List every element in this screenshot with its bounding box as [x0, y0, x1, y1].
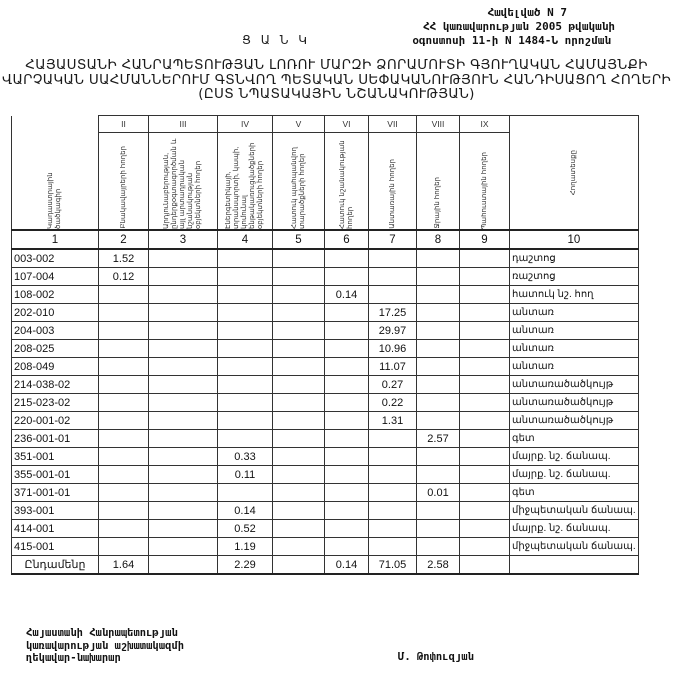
area-value: [460, 520, 510, 538]
total-value: 0.14: [325, 556, 369, 575]
column-header-cell: Հատուկ պահպանվող տարածքների հողեր: [273, 133, 325, 231]
area-value: [417, 448, 460, 466]
area-value: [218, 340, 273, 358]
roman-numeral-cell: VIII: [417, 116, 460, 133]
area-value: 0.27: [369, 376, 417, 394]
land-use-type: գետ: [510, 484, 639, 502]
area-value: [325, 322, 369, 340]
area-value: [99, 448, 149, 466]
area-value: [99, 430, 149, 448]
roman-numeral-cell: IX: [460, 116, 510, 133]
area-value: [460, 448, 510, 466]
area-value: [149, 448, 218, 466]
area-value: [218, 376, 273, 394]
column-number-row: 12345678910: [12, 230, 639, 249]
column-number-cell: 5: [273, 230, 325, 249]
column-header-label: Արդյունաբերության, ընդերքօգտագործման և ա…: [163, 135, 203, 229]
title-line-1: ՀԱՅԱՍՏԱՆԻ ՀԱՆՐԱՊԵՏՈՒԹՅԱՆ ԼՈՌՈՒ ՄԱՐԶԻ ՁՈՐ…: [0, 58, 673, 73]
area-value: [218, 249, 273, 268]
signature-line-1: Հայաստանի Հանրապետության: [26, 627, 184, 640]
area-value: [218, 412, 273, 430]
annex-decree-line: ՀՀ կառավարության 2005 թվականի: [412, 20, 615, 34]
area-value: [273, 249, 325, 268]
column-header-cell: Էներգետիկայի, տրանսպորտի, կապի, կոմունալ…: [218, 133, 273, 231]
area-value: [273, 376, 325, 394]
area-value: [417, 322, 460, 340]
land-use-type: անտառ: [510, 358, 639, 376]
area-value: [325, 484, 369, 502]
area-value: 0.12: [99, 268, 149, 286]
area-value: 0.52: [218, 520, 273, 538]
area-value: [417, 304, 460, 322]
area-value: [149, 520, 218, 538]
annex-decree-date: օգոստոսի 11-ի N 1484-Ն որոշման: [412, 34, 615, 48]
area-value: [325, 412, 369, 430]
area-value: [369, 484, 417, 502]
total-value: 1.64: [99, 556, 149, 575]
land-table: Կադաստրային ծածկագիրIIIIIIVVVIVIIVIIIIXՀ…: [11, 115, 639, 575]
cadastral-code: 414-001: [12, 520, 99, 538]
column-header-label: Հատուկ նշանակության հողեր: [339, 135, 355, 229]
area-value: [99, 304, 149, 322]
title-line-3: (ԸՍՏ ՆՊԱՏԱԿԱՅԻՆ ՆՇԱՆԱԿՈՒԹՅԱՆ): [0, 87, 673, 102]
area-value: 1.52: [99, 249, 149, 268]
area-value: [99, 502, 149, 520]
table-row: 003-0021.52դաշտոց: [12, 249, 639, 268]
cadastral-code: 220-001-02: [12, 412, 99, 430]
cadastral-code: 214-038-02: [12, 376, 99, 394]
area-value: [273, 268, 325, 286]
cadastral-code: 236-001-01: [12, 430, 99, 448]
area-value: [99, 376, 149, 394]
area-value: [273, 322, 325, 340]
roman-numeral-cell: II: [99, 116, 149, 133]
roman-numeral-cell: III: [149, 116, 218, 133]
area-value: [273, 358, 325, 376]
area-value: 11.07: [369, 358, 417, 376]
area-value: [460, 412, 510, 430]
area-value: [273, 538, 325, 556]
total-value: [273, 556, 325, 575]
area-value: [417, 340, 460, 358]
signature-line-2: կառավարության աշխատակազմի: [26, 640, 184, 653]
area-value: [273, 340, 325, 358]
area-value: [273, 502, 325, 520]
area-value: [218, 394, 273, 412]
land-use-type: ռաշտոց: [510, 268, 639, 286]
area-value: [99, 286, 149, 304]
area-value: [460, 268, 510, 286]
area-value: [149, 466, 218, 484]
area-value: [460, 430, 510, 448]
area-value: 0.01: [417, 484, 460, 502]
area-value: [273, 484, 325, 502]
cadastral-code: 355-001-01: [12, 466, 99, 484]
area-value: [325, 430, 369, 448]
column-header-cell: Բնակավայրերի հողեր: [99, 133, 149, 231]
total-land-use: [510, 556, 639, 575]
column-number-cell: 1: [12, 230, 99, 249]
area-value: [325, 520, 369, 538]
table-row: 355-001-010.11մայրք. նշ. ճանապ.: [12, 466, 639, 484]
table-row: 202-01017.25անտառ: [12, 304, 639, 322]
area-value: [149, 430, 218, 448]
area-value: 2.57: [417, 430, 460, 448]
table-row: 371-001-010.01գետ: [12, 484, 639, 502]
area-value: [149, 502, 218, 520]
land-use-type: գետ: [510, 430, 639, 448]
area-value: [417, 394, 460, 412]
area-value: [369, 249, 417, 268]
area-value: [218, 484, 273, 502]
table-row: 220-001-021.31անտառածածկույթ: [12, 412, 639, 430]
area-value: [325, 358, 369, 376]
area-value: [460, 322, 510, 340]
roman-numeral-cell: VII: [369, 116, 417, 133]
area-value: [460, 286, 510, 304]
total-value: [460, 556, 510, 575]
area-value: [369, 466, 417, 484]
land-use-type: մայրք. նշ. ճանապ.: [510, 466, 639, 484]
area-value: [369, 430, 417, 448]
area-value: [325, 376, 369, 394]
area-value: [325, 340, 369, 358]
cadastral-code: 371-001-01: [12, 484, 99, 502]
area-value: [149, 412, 218, 430]
land-use-type: դաշտոց: [510, 249, 639, 268]
total-value: 2.58: [417, 556, 460, 575]
area-value: [417, 520, 460, 538]
area-value: [149, 322, 218, 340]
area-value: [218, 268, 273, 286]
area-value: [417, 466, 460, 484]
area-value: [460, 358, 510, 376]
land-use-type: մայրք. նշ. ճանապ.: [510, 520, 639, 538]
area-value: [149, 304, 218, 322]
table-row: 414-0010.52մայրք. նշ. ճանապ.: [12, 520, 639, 538]
area-value: [325, 448, 369, 466]
column-header-cell: Ջրային հողեր: [417, 133, 460, 231]
title-line-2: ՎԱՐՉԱԿԱՆ ՍԱՀՄԱՆՆԵՐՈՒՄ ԳՏՆՎՈՂ ՊԵՏԱԿԱՆ ՍԵՓ…: [0, 73, 673, 88]
total-value: [149, 556, 218, 575]
column-header-label: Հատուկ պահպանվող տարածքների հողեր: [291, 135, 307, 229]
cadastral-code: 108-002: [12, 286, 99, 304]
area-value: [99, 358, 149, 376]
roman-numeral-row: Կադաստրային ծածկագիրIIIIIIVVVIVIIVIIIIXՀ…: [12, 116, 639, 133]
area-value: [149, 249, 218, 268]
land-use-type: հատուկ նշ. հող: [510, 286, 639, 304]
column-number-cell: 2: [99, 230, 149, 249]
signature-block: Հայաստանի Հանրապետության կառավարության ա…: [26, 627, 184, 665]
area-value: [460, 502, 510, 520]
annex-reference: Հավելված N 7 ՀՀ կառավարության 2005 թվակա…: [412, 6, 615, 48]
land-use-type: միջպետական ճանապ.: [510, 502, 639, 520]
area-value: [460, 538, 510, 556]
area-value: 17.25: [369, 304, 417, 322]
land-use-type: անտառածածկույթ: [510, 394, 639, 412]
cadastral-code: 208-049: [12, 358, 99, 376]
area-value: [149, 394, 218, 412]
area-value: [273, 448, 325, 466]
area-value: [417, 538, 460, 556]
table-row: 208-02510.96անտառ: [12, 340, 639, 358]
area-value: 0.14: [325, 286, 369, 304]
cadastral-code: 393-001: [12, 502, 99, 520]
cadastral-code: 107-004: [12, 268, 99, 286]
total-value: 2.29: [218, 556, 273, 575]
area-value: 29.97: [369, 322, 417, 340]
area-value: [149, 340, 218, 358]
area-value: [273, 394, 325, 412]
land-use-type: մայրք. նշ. ճանապ.: [510, 448, 639, 466]
table-row: 415-0011.19միջպետական ճանապ.: [12, 538, 639, 556]
area-value: [218, 358, 273, 376]
area-value: [273, 520, 325, 538]
table-row: 108-0020.14հատուկ նշ. հող: [12, 286, 639, 304]
area-value: [460, 340, 510, 358]
column-header-label: Անտառային հողեր: [389, 159, 397, 229]
area-value: [218, 430, 273, 448]
column-header-label: Պահուստային հողեր: [481, 152, 489, 229]
area-value: [325, 538, 369, 556]
column-number-cell: 6: [325, 230, 369, 249]
area-value: [460, 484, 510, 502]
column-header-label: Ջրային հողեր: [434, 177, 442, 229]
area-value: [460, 304, 510, 322]
area-value: [273, 466, 325, 484]
area-value: [218, 286, 273, 304]
area-value: [460, 376, 510, 394]
column-number-cell: 4: [218, 230, 273, 249]
column-header-cell: Արդյունաբերության, ընդերքօգտագործման և ա…: [149, 133, 218, 231]
area-value: 0.11: [218, 466, 273, 484]
signature-line-3: ղեկավար-նախարար: [26, 652, 184, 665]
area-value: 0.14: [218, 502, 273, 520]
area-value: [325, 394, 369, 412]
column-header-cell: Հատուկ նշանակության հողեր: [325, 133, 369, 231]
area-value: [218, 304, 273, 322]
area-value: [99, 340, 149, 358]
area-value: [417, 376, 460, 394]
column-number-cell: 9: [460, 230, 510, 249]
area-value: [460, 466, 510, 484]
land-use-type: անտառ: [510, 340, 639, 358]
column-number-cell: 8: [417, 230, 460, 249]
area-value: [460, 249, 510, 268]
area-value: [417, 286, 460, 304]
total-row: Ընդամենը1.642.290.1471.052.58: [12, 556, 639, 575]
cadastral-code: 202-010: [12, 304, 99, 322]
area-value: [325, 304, 369, 322]
cadastral-code: 204-003: [12, 322, 99, 340]
table-row: 204-00329.97անտառ: [12, 322, 639, 340]
area-value: [417, 249, 460, 268]
area-value: [149, 484, 218, 502]
area-value: 1.31: [369, 412, 417, 430]
cadastral-code: 208-025: [12, 340, 99, 358]
area-value: [460, 394, 510, 412]
annex-number: Հավելված N 7: [412, 6, 615, 20]
area-value: 0.22: [369, 394, 417, 412]
land-use-type: անտառածածկույթ: [510, 412, 639, 430]
area-value: [99, 394, 149, 412]
roman-numeral-cell: Հողատեսքը: [510, 116, 639, 231]
area-value: 10.96: [369, 340, 417, 358]
table-row: 107-0040.12ռաշտոց: [12, 268, 639, 286]
column-header-label: Հողատեսքը: [570, 150, 578, 195]
total-value: 71.05: [369, 556, 417, 575]
column-header-label: Կադաստրային ծածկագիր: [47, 135, 63, 229]
area-value: [417, 412, 460, 430]
area-value: [149, 538, 218, 556]
cadastral-code: 003-002: [12, 249, 99, 268]
roman-numeral-cell: Կադաստրային ծածկագիր: [12, 116, 99, 231]
area-value: [99, 538, 149, 556]
area-value: [273, 430, 325, 448]
area-value: [218, 322, 273, 340]
area-value: [417, 502, 460, 520]
table-row: 236-001-012.57գետ: [12, 430, 639, 448]
area-value: 0.33: [218, 448, 273, 466]
area-value: [99, 484, 149, 502]
area-value: [149, 376, 218, 394]
column-header-label: Բնակավայրերի հողեր: [120, 146, 128, 229]
column-number-cell: 3: [149, 230, 218, 249]
column-header-label: Էներգետիկայի, տրանսպորտի, կապի, կոմունալ…: [225, 135, 265, 229]
area-value: [149, 358, 218, 376]
land-use-type: անտառ: [510, 322, 639, 340]
roman-numeral-cell: IV: [218, 116, 273, 133]
area-value: [273, 412, 325, 430]
document-title: ՀԱՅԱՍՏԱՆԻ ՀԱՆՐԱՊԵՏՈՒԹՅԱՆ ԼՈՌՈՒ ՄԱՐԶԻ ՁՈՐ…: [0, 58, 673, 102]
column-number-cell: 7: [369, 230, 417, 249]
cadastral-code: 351-001: [12, 448, 99, 466]
area-value: [369, 268, 417, 286]
land-use-type: անտառածածկույթ: [510, 376, 639, 394]
column-header-cell: Անտառային հողեր: [369, 133, 417, 231]
land-use-type: միջպետական ճանապ.: [510, 538, 639, 556]
area-value: [273, 304, 325, 322]
table-row: 215-023-020.22անտառածածկույթ: [12, 394, 639, 412]
area-value: [99, 412, 149, 430]
area-value: [325, 466, 369, 484]
area-value: [273, 286, 325, 304]
roman-numeral-cell: VI: [325, 116, 369, 133]
area-value: [369, 502, 417, 520]
area-value: [369, 286, 417, 304]
signer-name: Մ. Թոփուզյան: [398, 651, 474, 663]
area-value: [99, 520, 149, 538]
list-label: Ց Ա Ն Կ: [242, 33, 310, 47]
area-value: [149, 286, 218, 304]
area-value: [369, 448, 417, 466]
area-value: [325, 502, 369, 520]
area-value: [325, 249, 369, 268]
area-value: 1.19: [218, 538, 273, 556]
total-label: Ընդամենը: [12, 556, 99, 575]
table-row: 393-0010.14միջպետական ճանապ.: [12, 502, 639, 520]
cadastral-code: 415-001: [12, 538, 99, 556]
area-value: [149, 268, 218, 286]
land-use-type: անտառ: [510, 304, 639, 322]
cadastral-code: 215-023-02: [12, 394, 99, 412]
table-row: 208-04911.07անտառ: [12, 358, 639, 376]
area-value: [369, 520, 417, 538]
area-value: [99, 322, 149, 340]
table-row: 351-0010.33մայրք. նշ. ճանապ.: [12, 448, 639, 466]
column-header-cell: Պահուստային հողեր: [460, 133, 510, 231]
area-value: [417, 358, 460, 376]
roman-numeral-cell: V: [273, 116, 325, 133]
area-value: [99, 466, 149, 484]
area-value: [325, 268, 369, 286]
area-value: [417, 268, 460, 286]
table-row: 214-038-020.27անտառածածկույթ: [12, 376, 639, 394]
area-value: [369, 538, 417, 556]
column-number-cell: 10: [510, 230, 639, 249]
